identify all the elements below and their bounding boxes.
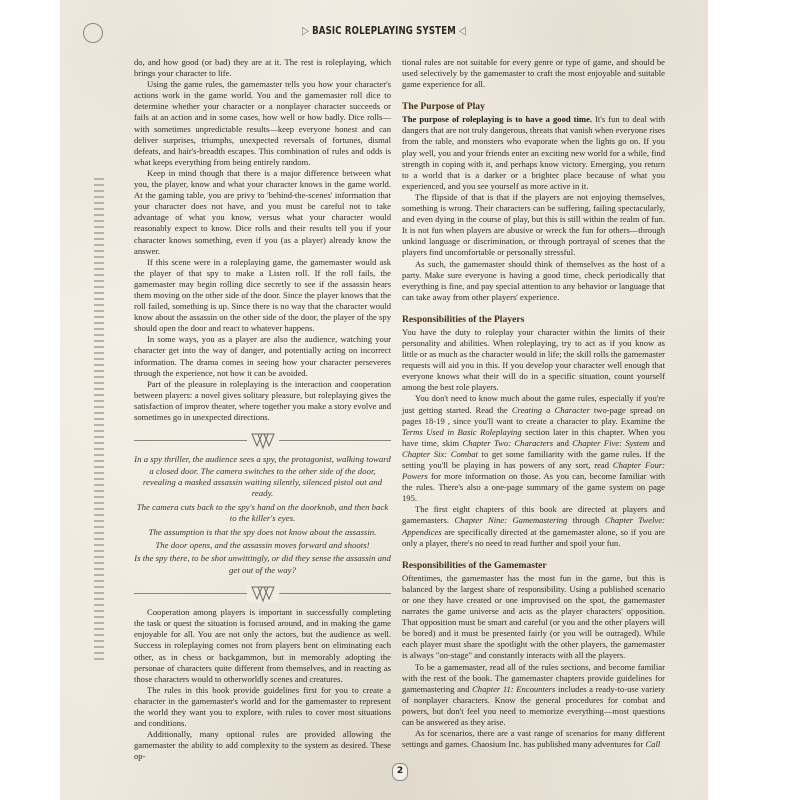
book-reference: Chapter Six: Combat: [402, 449, 478, 459]
book-reference: Chapter Nine: Gamemastering: [454, 515, 567, 525]
edge-tab-marks: [94, 178, 104, 662]
paragraph: Oftentimes, the gamemaster has the most …: [402, 573, 665, 662]
book-reference: Call: [645, 739, 660, 749]
paragraph: Additionally, many optional rules are pr…: [134, 729, 391, 762]
book-reference: Chapter Five: System: [572, 438, 649, 448]
paragraph: tional rules are not suitable for every …: [402, 57, 665, 90]
page-number-badge: 2: [392, 763, 408, 781]
sidebar-line: The assumption is that the spy does not …: [134, 527, 391, 538]
paragraph: Part of the pleasure in roleplaying is t…: [134, 379, 391, 423]
sidebar-line: In a spy thriller, the audience sees a s…: [134, 454, 391, 500]
paragraph: In some ways, you as a player are also t…: [134, 334, 391, 378]
book-reference: Creating a Character: [512, 405, 590, 415]
sidebar-example: In a spy thriller, the audience sees a s…: [134, 454, 391, 576]
book-reference: Chapter 11: Encounters: [472, 684, 555, 694]
book-reference: Chapter Two: Characters: [462, 438, 553, 448]
paragraph: As for scenarios, there are a vast range…: [402, 728, 665, 750]
paragraph: To be a gamemaster, read all of the rule…: [402, 662, 665, 729]
triangle-ornament-icon: [247, 432, 279, 450]
right-column: tional rules are not suitable for every …: [402, 57, 665, 750]
paragraph: You don't need to know much about the ga…: [402, 393, 665, 504]
paragraph: The purpose of roleplaying is to have a …: [402, 114, 665, 192]
sidebar-line: Is the spy there, to be shot unwittingly…: [134, 553, 391, 576]
paragraph: Using the game rules, the gamemaster tel…: [134, 79, 391, 168]
triangle-right-icon: ▷: [302, 24, 309, 37]
sidebar-line: The door opens, and the assassin moves f…: [134, 540, 391, 551]
section-heading-responsibilities-gamemaster: Responsibilities of the Gamemaster: [402, 560, 665, 572]
section-heading-responsibilities-players: Responsibilities of the Players: [402, 314, 665, 326]
paragraph: The flipside of that is that if the play…: [402, 192, 665, 259]
paragraph: Keep in mind though that there is a majo…: [134, 168, 391, 257]
running-header: ▷ BASIC ROLEPLAYING SYSTEM ◁: [131, 24, 636, 37]
triangle-left-icon: ◁: [459, 24, 466, 37]
triangle-ornament-icon: [247, 585, 279, 603]
paragraph: The rules in this book provide guideline…: [134, 685, 391, 729]
paragraph: As such, the gamemaster should think of …: [402, 259, 665, 303]
section-heading-purpose-of-play: The Purpose of Play: [402, 101, 665, 113]
book-page: ▷ BASIC ROLEPLAYING SYSTEM ◁ do, and how…: [60, 0, 708, 800]
paragraph: do, and how good (or bad) they are at it…: [134, 57, 391, 79]
paragraph: You have the duty to roleplay your chara…: [402, 327, 665, 394]
sidebar-line: The camera cuts back to the spy's hand o…: [134, 502, 391, 525]
header-title: BASIC ROLEPLAYING SYSTEM: [312, 24, 456, 37]
ornament-divider: [134, 432, 391, 450]
ornament-divider: [134, 585, 391, 603]
lead-sentence: The purpose of roleplaying is to have a …: [402, 114, 592, 124]
book-reference: Terms Used in Basic Roleplaying: [402, 427, 522, 437]
paragraph: If this scene were in a roleplaying game…: [134, 257, 391, 335]
left-column: do, and how good (or bad) they are at it…: [134, 57, 391, 762]
paragraph: The first eight chapters of this book ar…: [402, 504, 665, 548]
punch-hole-mark: [83, 23, 103, 43]
paragraph: Cooperation among players is important i…: [134, 607, 391, 685]
